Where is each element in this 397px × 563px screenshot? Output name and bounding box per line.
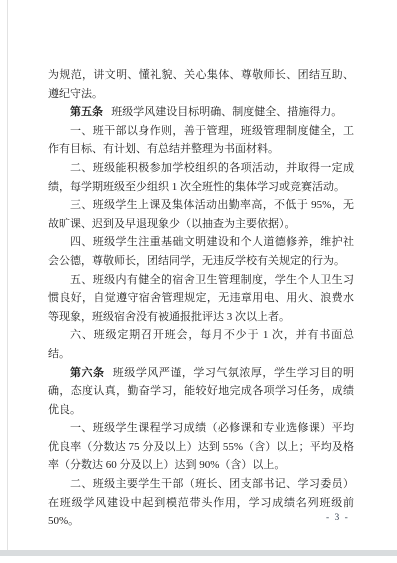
paragraph-text: 五、班级内有健全的宿舍卫生管理制度，学生个人卫生习惯良好，自觉遵守宿舍管理规定，… [48, 274, 354, 323]
paragraph-text: 六、班级定期召开班会，每月不少于 1 次，并有书面总结。 [48, 329, 354, 360]
page-edge-line-left [7, 0, 8, 551]
paragraph-text: 三、班级学生上课及集体活动出勤率高，不低于 95%，无故旷课、迟到及早退现象少（… [48, 199, 354, 230]
paragraph: 第六条班级学风严谨，学习气氛浓厚，学生学习目的明确，态度认真，勤奋学习，能较好地… [48, 364, 354, 420]
paragraph-text: 二、班级主要学生干部（班长、团支部书记、学习委员）在班级学风建设中起到模范带头作… [48, 478, 354, 527]
paragraph-text: 班级学风建设目标明确、制度健全、措施得力。 [111, 106, 342, 118]
article-number: 第五条 [70, 106, 103, 118]
document-body-text: 为规范，讲文明、懂礼貌、关心集体、尊敬师长、团结互助、遵纪守法。 第五条班级学风… [48, 66, 354, 531]
page-edge-shadow-bottom [0, 550, 397, 556]
paragraph-text: 一、班级学生课程学习成绩（必修课和专业选修课）平均优良率（分数达 75 分及以上… [48, 422, 354, 471]
paragraph: 三、班级学生上课及集体活动出勤率高，不低于 95%，无故旷课、迟到及早退现象少（… [48, 196, 354, 233]
paragraph: 四、班级学生注重基础文明建设和个人道德修养，维护社会公德，尊敬师长，团结同学，无… [48, 233, 354, 270]
paragraph: 为规范，讲文明、懂礼貌、关心集体、尊敬师长、团结互助、遵纪守法。 [48, 66, 354, 103]
article-number: 第六条 [70, 367, 105, 379]
scanned-document-page: 为规范，讲文明、懂礼貌、关心集体、尊敬师长、团结互助、遵纪守法。 第五条班级学风… [0, 0, 397, 563]
paragraph-text: 为规范，讲文明、懂礼貌、关心集体、尊敬师长、团结互助、遵纪守法。 [48, 69, 354, 100]
paragraph-text: 一、班干部以身作则，善于管理，班级管理制度健全，工作有目标、有计划、有总结并整理… [48, 125, 354, 156]
paragraph-text: 四、班级学生注重基础文明建设和个人道德修养，维护社会公德，尊敬师长，团结同学，无… [48, 236, 354, 267]
paragraph: 五、班级内有健全的宿舍卫生管理制度，学生个人卫生习惯良好，自觉遵守宿舍管理规定，… [48, 271, 354, 327]
page-number: - 3 - [326, 513, 349, 523]
paragraph: 六、班级定期召开班会，每月不少于 1 次，并有书面总结。 [48, 326, 354, 363]
paragraph: 一、班级学生课程学习成绩（必修课和专业选修课）平均优良率（分数达 75 分及以上… [48, 419, 354, 475]
paragraph-text: 二、班级能积极参加学校组织的各项活动，并取得一定成绩，每学期班级至少组织 1 次… [48, 162, 354, 193]
paragraph: 一、班干部以身作则，善于管理，班级管理制度健全，工作有目标、有计划、有总结并整理… [48, 122, 354, 159]
paragraph: 二、班级能积极参加学校组织的各项活动，并取得一定成绩，每学期班级至少组织 1 次… [48, 159, 354, 196]
paragraph: 二、班级主要学生干部（班长、团支部书记、学习委员）在班级学风建设中起到模范带头作… [48, 475, 354, 531]
paragraph: 第五条班级学风建设目标明确、制度健全、措施得力。 [48, 103, 354, 122]
